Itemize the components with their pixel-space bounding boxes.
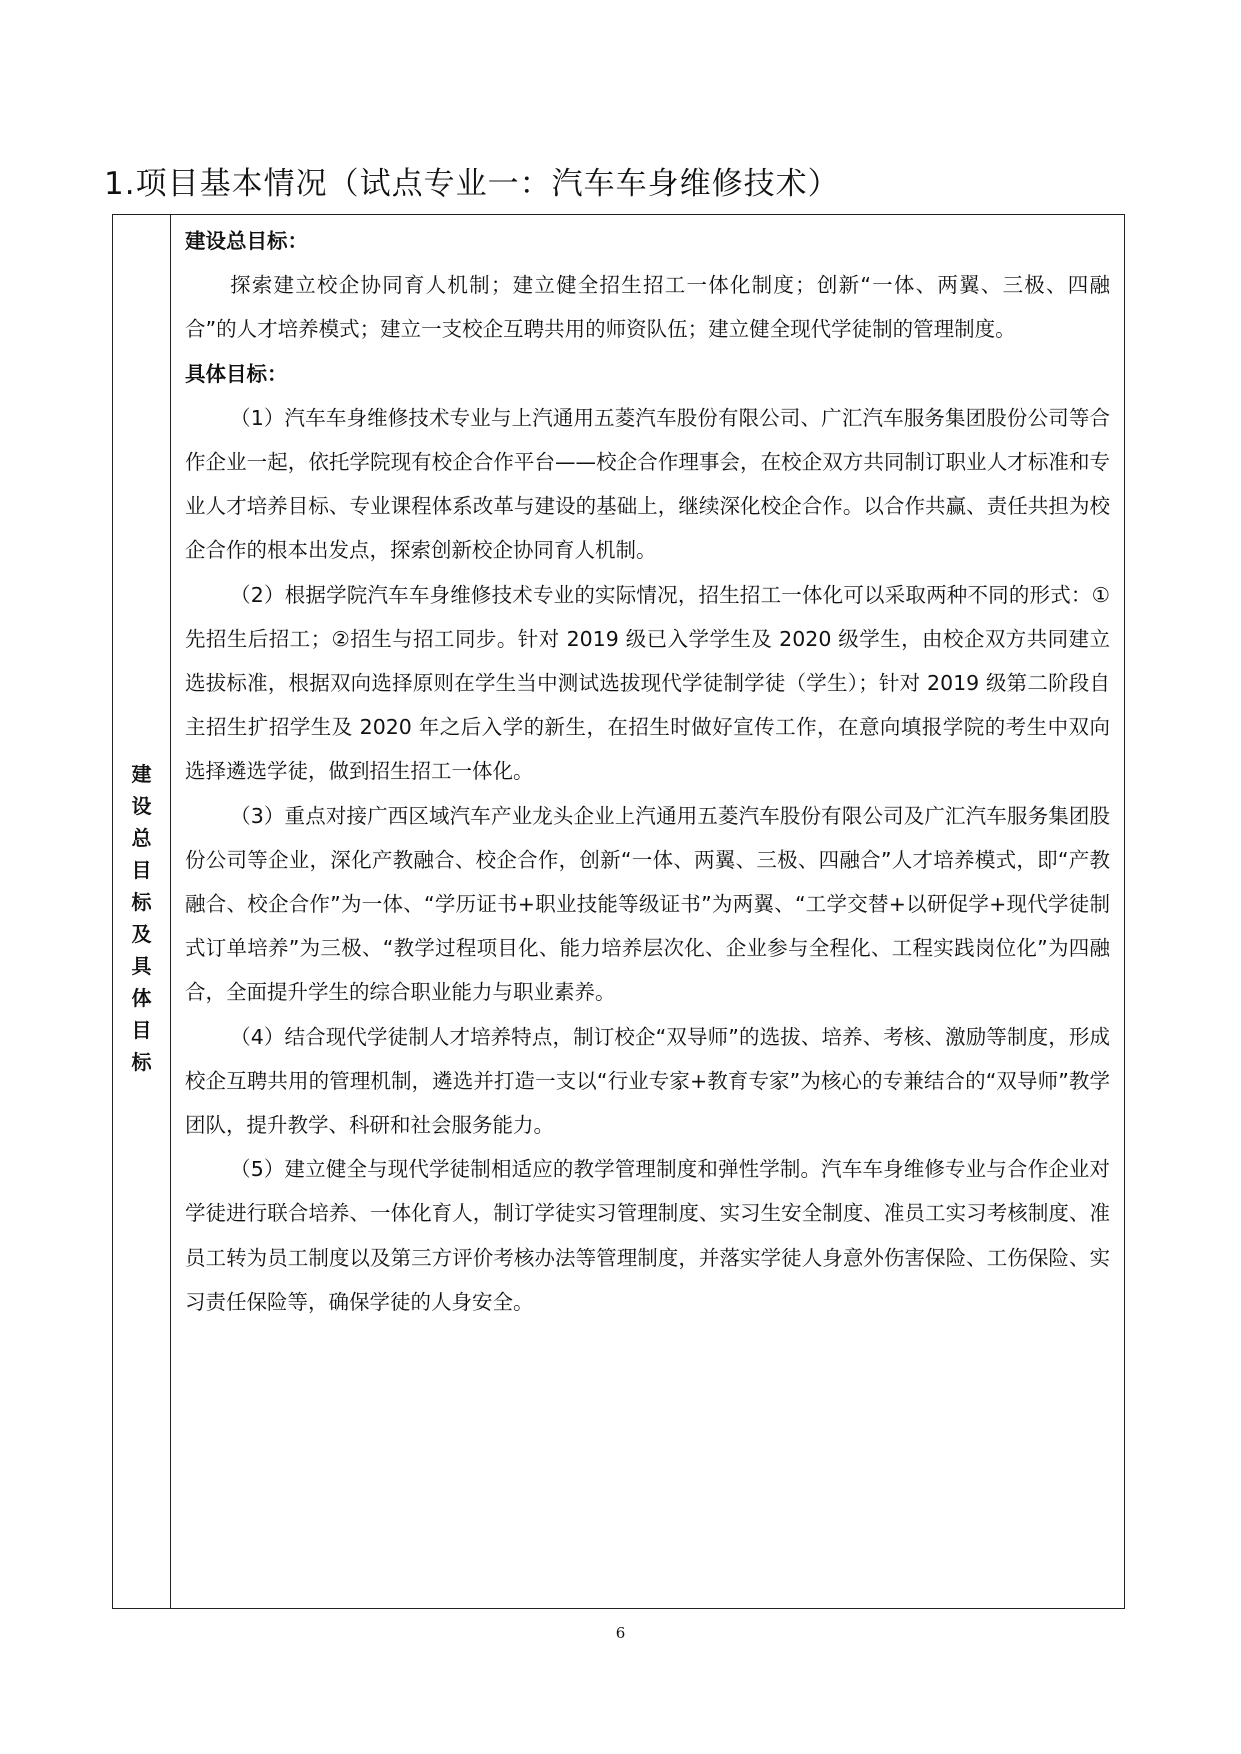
row-label-char: 目 [132, 1014, 152, 1046]
specific-goal-paragraph-5: （5）建立健全与现代学徒制相适应的教学管理制度和弹性学制。汽车车身维修专业与合作… [185, 1147, 1110, 1324]
row-label-cell: 建 设 总 目 标 及 具 体 目 标 [113, 215, 171, 1608]
overall-goal-heading: 建设总目标： [185, 219, 1110, 263]
specific-goal-paragraph-3: （3）重点对接广西区域汽车产业龙头企业上汽通用五菱汽车股份有限公司及广汇汽车服务… [185, 794, 1110, 1015]
page-title: 1.项目基本情况（试点专业一：汽车车身维修技术） [104, 158, 840, 203]
row-label-char: 标 [132, 886, 152, 918]
row-label-char: 建 [132, 758, 152, 790]
project-info-table: 建 设 总 目 标 及 具 体 目 标 建设总目标： 探索建立校企协同育人机制；… [112, 214, 1125, 1609]
row-label-char: 目 [132, 854, 152, 886]
specific-goals-heading: 具体目标： [185, 352, 1110, 396]
specific-goal-paragraph-4: （4）结合现代学徒制人才培养特点，制订校企“双导师”的选拔、培养、考核、激励等制… [185, 1015, 1110, 1148]
content-cell: 建设总目标： 探索建立校企协同育人机制；建立健全招生招工一体化制度；创新“一体、… [171, 215, 1124, 1608]
row-label-char: 总 [132, 822, 152, 854]
row-label-char: 具 [132, 950, 152, 982]
row-label-char: 体 [132, 982, 152, 1014]
overall-goal-paragraph: 探索建立校企协同育人机制；建立健全招生招工一体化制度；创新“一体、两翼、三极、四… [185, 263, 1110, 351]
row-label-char: 及 [132, 918, 152, 950]
page-number: 6 [0, 1624, 1241, 1642]
specific-goal-paragraph-1: （1）汽车车身维修技术专业与上汽通用五菱汽车股份有限公司、广汇汽车服务集团股份公… [185, 396, 1110, 573]
row-label-vertical: 建 设 总 目 标 及 具 体 目 标 [132, 758, 152, 1078]
row-label-char: 设 [132, 790, 152, 822]
specific-goal-paragraph-2: （2）根据学院汽车车身维修技术专业的实际情况，招生招工一体化可以采取两种不同的形… [185, 573, 1110, 794]
row-label-char: 标 [132, 1046, 152, 1078]
